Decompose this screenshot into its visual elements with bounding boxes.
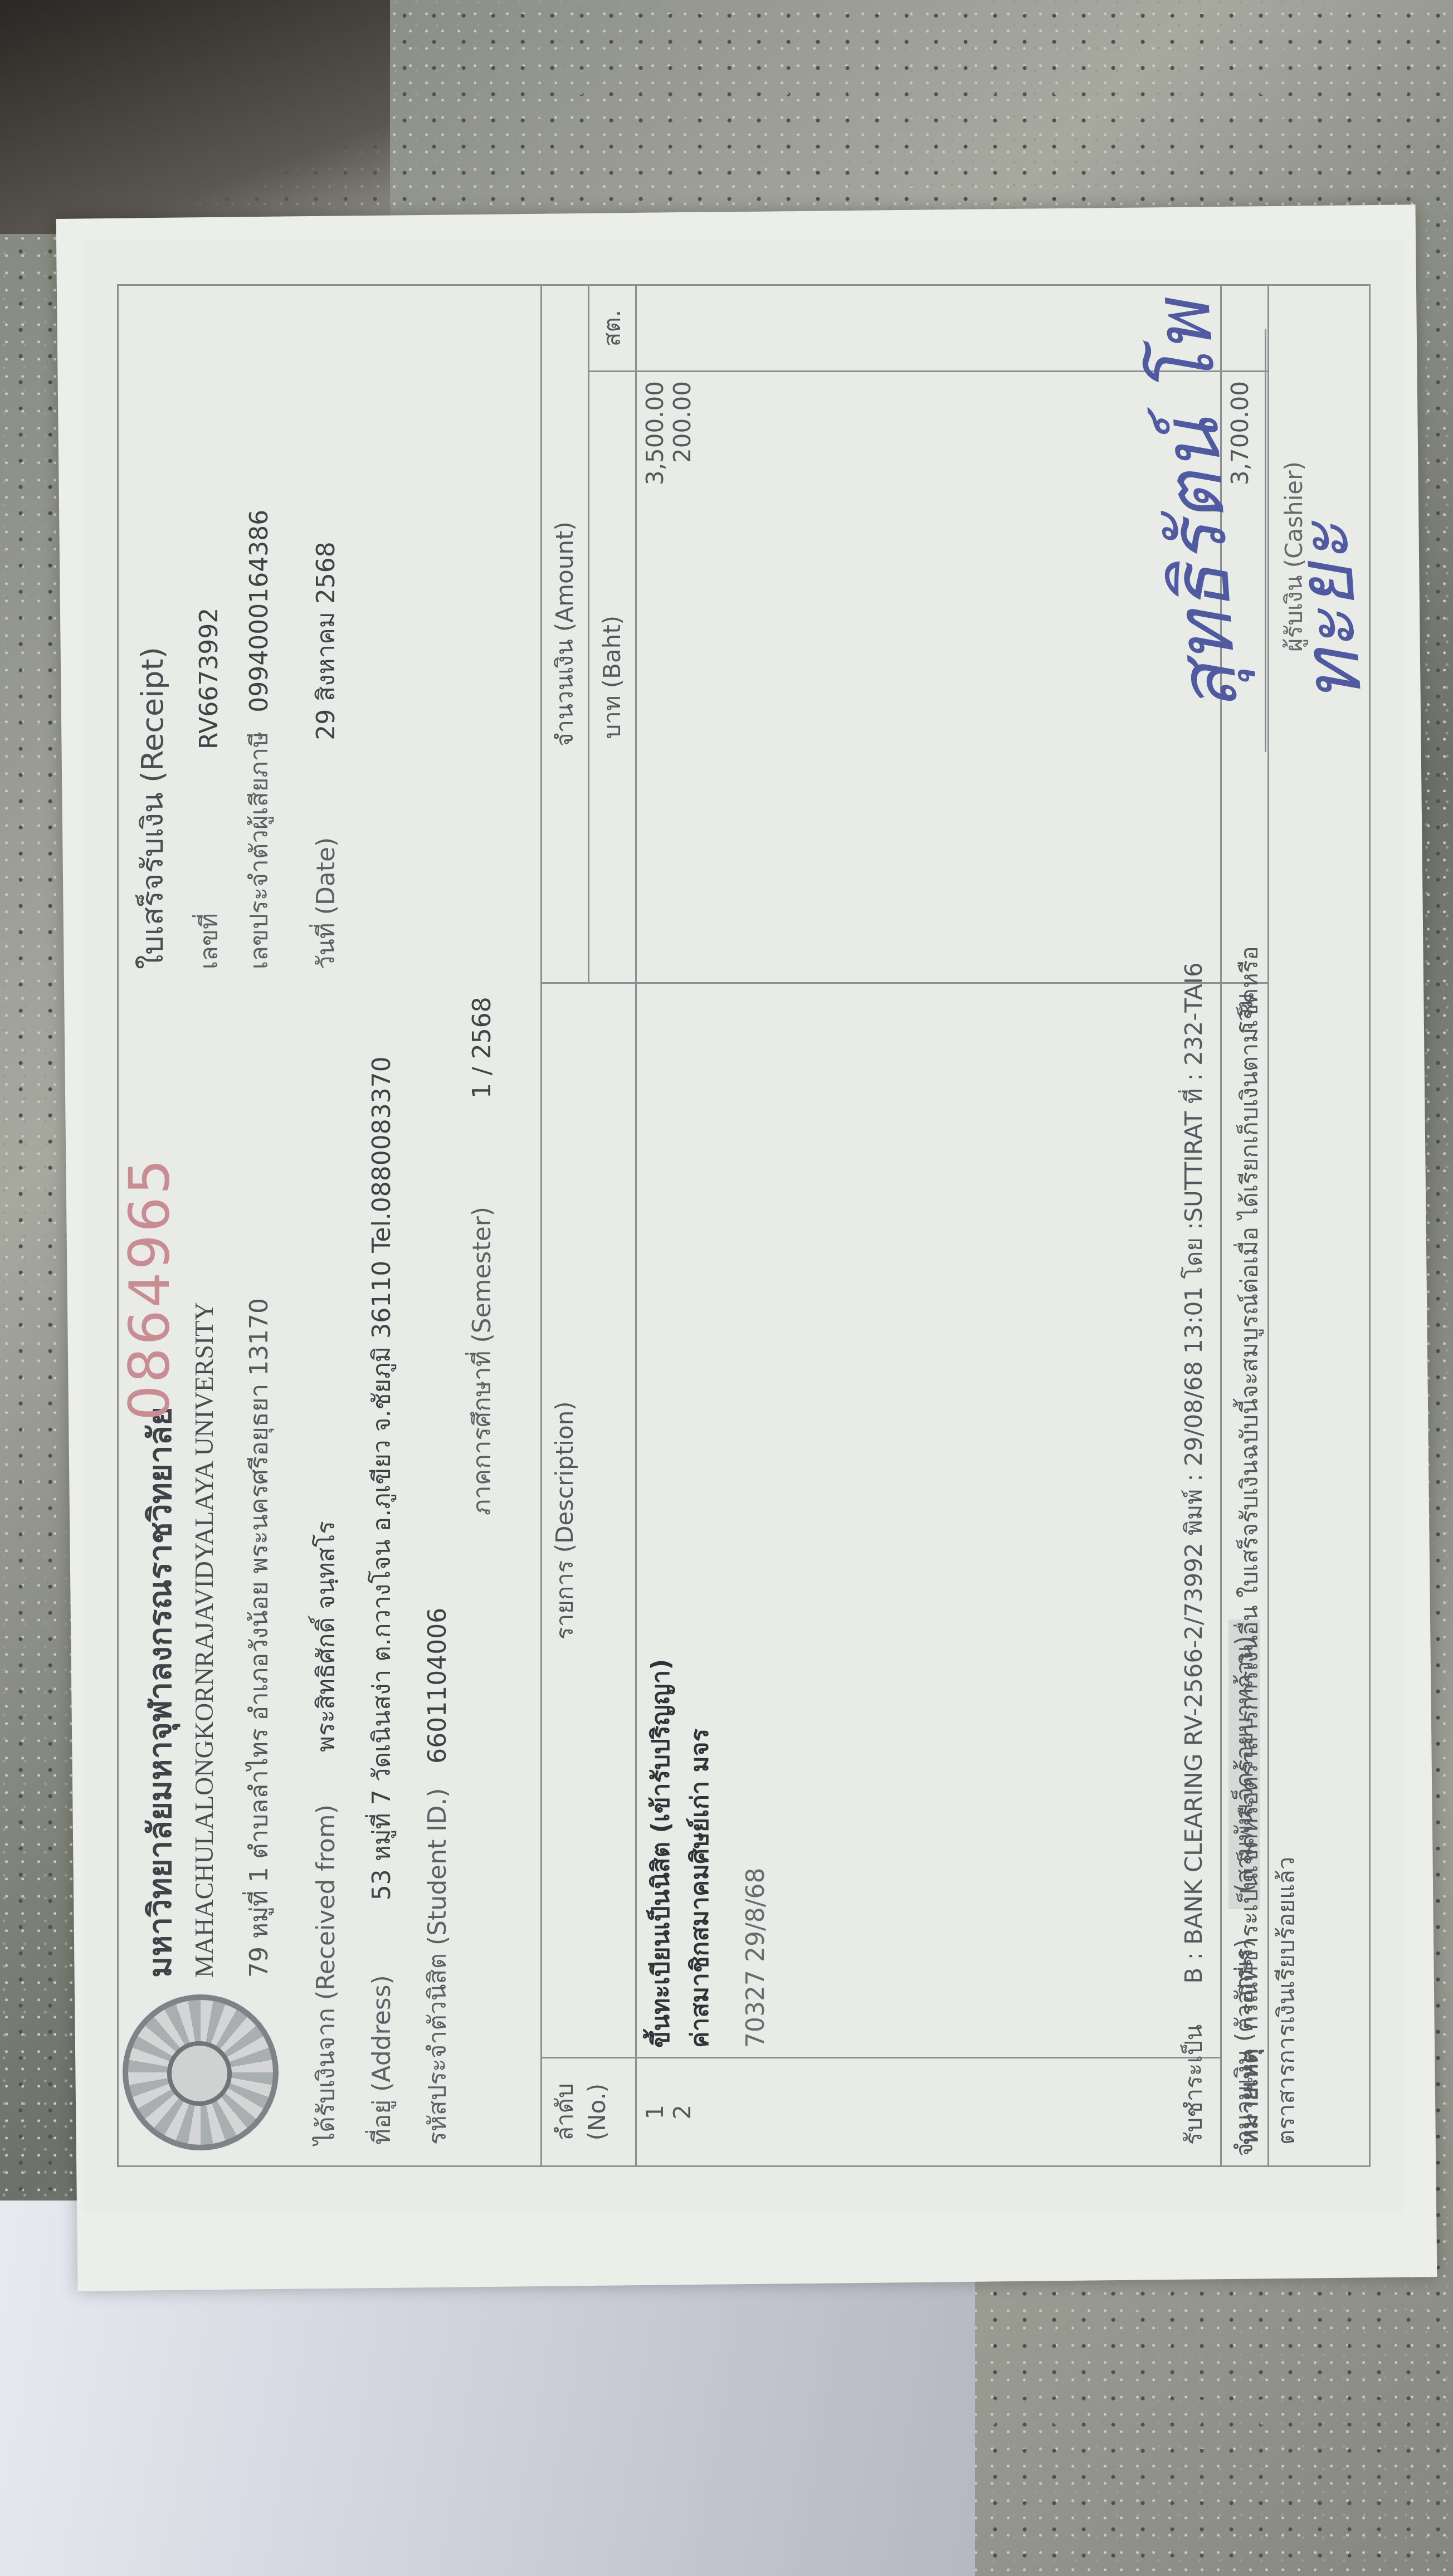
table-header: ลำดับ (No.) รายการ (Description) จำนวนเง… bbox=[542, 285, 589, 2167]
tax-id-value: 0994000164386 bbox=[245, 510, 274, 713]
background-shadow bbox=[0, 0, 390, 234]
header-satang: สต. bbox=[589, 285, 636, 372]
row-1-description: ขึ้นทะเบียนเป็นนิสิต (เข้ารับปริญญา) bbox=[641, 993, 680, 2048]
semester: ภาคการศึกษาที่ (Semester) 1 / 2568 bbox=[462, 997, 501, 1515]
receipt: มหาวิทยาลัยมหาจุฬาลงกรณราชวิทยาลัย 08649… bbox=[84, 240, 1404, 2212]
received-from-value: พระสิทธิศักดิ์ จนฺทสโร bbox=[312, 1521, 340, 1752]
serial-number: 0864965 bbox=[117, 1157, 182, 1421]
row-numbers: 1 2 bbox=[636, 2058, 1221, 2167]
student-id-label: รหัสประจำตัวนิสิต (Student ID.) bbox=[423, 1788, 452, 2145]
header-description: รายการ (Description) bbox=[542, 983, 636, 2058]
payment-value: B : BANK CLEARING RV-2566-2/73992 พิมพ์ … bbox=[1180, 962, 1207, 1983]
receipt-title: ใบเสร็จรับเงิน (Receipt) bbox=[128, 647, 176, 969]
tax-id-label: เลขประจำตัวผู้เสียภาษี bbox=[245, 731, 274, 969]
received-from: ได้รับเงินจาก (Received from) พระสิทธิศั… bbox=[306, 1521, 345, 2145]
address-label: ที่อยู่ (Address) bbox=[368, 1975, 396, 2145]
tax-id: เลขประจำตัวผู้เสียภาษี 0994000164386 bbox=[240, 510, 279, 969]
payment-method: รับชำระเป็น B : BANK CLEARING RV-2566-2/… bbox=[1176, 962, 1212, 2145]
receipt-number-value: RV6673992 bbox=[195, 608, 223, 749]
address-value: 53 หมู่ที่ 7 วัดเนินสง่า ต.กวางโจน อ.ภูเ… bbox=[368, 1056, 396, 1900]
row-descriptions: ขึ้นทะเบียนเป็นนิสิต (เข้ารับปริญญา) ค่า… bbox=[636, 983, 1221, 2058]
row-1-no: 1 bbox=[641, 2067, 669, 2157]
cashier-signature: สุทธิรัตน์ โพทะยะ bbox=[1115, 231, 1396, 715]
receipt-number-label: เลขที่ bbox=[195, 913, 223, 969]
date-label: วันที่ (Date) bbox=[312, 837, 340, 969]
note: หมายเหตุ กรณีที่ชำระเป็นเช็คหรือตราสารกา… bbox=[1231, 919, 1305, 2145]
payment-reference: 70327 29/8/68 bbox=[742, 993, 770, 2048]
row-2-description: ค่าสมาชิกสมาคมศิษย์เก่า มจร bbox=[680, 993, 719, 2048]
header-baht: บาท (Baht) bbox=[589, 372, 636, 983]
table-row: 1 2 ขึ้นทะเบียนเป็นนิสิต (เข้ารับปริญญา)… bbox=[636, 285, 1221, 2167]
receipt-number: เลขที่ RV6673992 bbox=[189, 608, 228, 969]
signature-line bbox=[1265, 329, 1266, 752]
university-seal-icon bbox=[123, 1994, 279, 2150]
payer-address: ที่อยู่ (Address) 53 หมู่ที่ 7 วัดเนินสง… bbox=[362, 1056, 401, 2145]
student-id: รหัสประจำตัวนิสิต (Student ID.) 66011040… bbox=[418, 1608, 457, 2145]
payment-label: รับชำระเป็น bbox=[1180, 2024, 1207, 2145]
row-2-no: 2 bbox=[669, 2067, 696, 2157]
university-name-th: มหาวิทยาลัยมหาจุฬาลงกรณราชวิทยาลัย bbox=[134, 1407, 186, 1978]
received-from-label: ได้รับเงินจาก (Received from) bbox=[312, 1804, 340, 2145]
note-label: หมายเหตุ bbox=[1236, 2048, 1263, 2145]
row-2-amount: 200.00 bbox=[669, 381, 696, 973]
row-1-amount: 3,500.00 bbox=[641, 381, 669, 973]
student-id-value: 6601104006 bbox=[423, 1608, 452, 1764]
receipt-date: วันที่ (Date) 29 สิงหาคม 2568 bbox=[306, 541, 345, 969]
cashier-label: ผู้รับเงิน (Cashier) bbox=[1276, 461, 1313, 652]
semester-value: 1 / 2568 bbox=[468, 997, 496, 1099]
university-name-en: MAHACHULALONGKORNRAJAVIDYALAYA UNIVERSIT… bbox=[189, 1302, 219, 1978]
university-address: 79 หมู่ที่ 1 ตำบลลำไทร อำเภอวังน้อย พระน… bbox=[240, 1298, 279, 1978]
note-text: กรณีที่ชำระเป็นเช็คหรือตราสารการเงินอื่น… bbox=[1236, 946, 1300, 2145]
date-value: 29 สิงหาคม 2568 bbox=[312, 541, 340, 740]
header-no: ลำดับ (No.) bbox=[542, 2058, 636, 2167]
header-amount: จำนวนเงิน (Amount) bbox=[542, 285, 589, 983]
receipt-photo: มหาวิทยาลัยมหาจุฬาลงกรณราชวิทยาลัย 08649… bbox=[84, 240, 1404, 2212]
semester-label: ภาคการศึกษาที่ (Semester) bbox=[468, 1207, 496, 1515]
